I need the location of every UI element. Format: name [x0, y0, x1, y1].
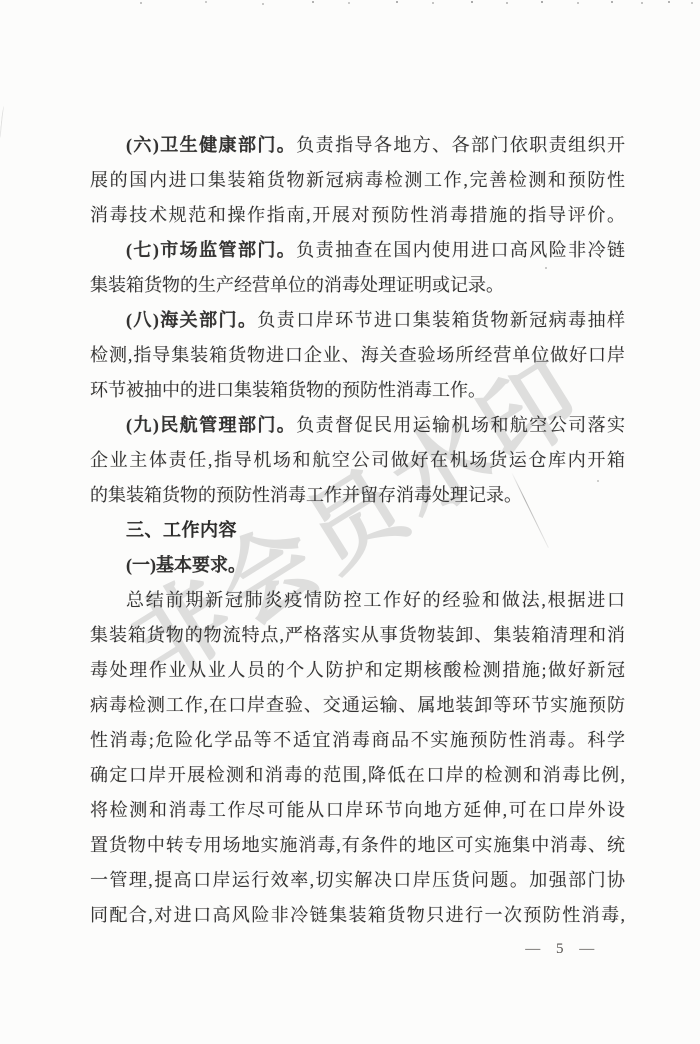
line-text: 毒处理作业从业人员的个人防护和定期核酸检测措施;做好新冠: [90, 660, 625, 680]
line-bold-text: (一)基本要求。: [126, 555, 246, 575]
line-text: 将检测和消毒工作尽可能从口岸环节向地方延伸,可在口岸外设: [90, 800, 625, 820]
text-line: 病毒检测工作,在口岸查验、交通运输、属地装卸等环节实施预防: [90, 688, 625, 723]
line-text: 展的国内进口集装箱货物新冠病毒检测工作,完善检测和预防性: [90, 170, 625, 190]
scan-noise: [0, 0, 2, 2]
scan-speck: [597, 480, 599, 482]
line-bold-text: (八)海关部门。: [126, 310, 257, 330]
line-text: 负责抽查在国内使用进口高风险非冷链: [296, 240, 625, 260]
scan-speck: [545, 267, 547, 269]
text-line: 置货物中转专用场地实施消毒,有条件的地区可实施集中消毒、统: [90, 828, 625, 863]
line-text: 同配合,对进口高风险非冷链集装箱货物只进行一次预防性消毒,: [90, 905, 625, 925]
line-text: 一管理,提高口岸运行效率,切实解决口岸压货问题。加强部门协: [90, 870, 625, 890]
line-text: 的集装箱货物的预防性消毒工作并留存消毒处理记录。: [90, 485, 522, 505]
text-line: 性消毒;危险化学品等不适宜消毒商品不实施预防性消毒。科学: [90, 723, 625, 758]
line-text: 企业主体责任,指导机场和航空公司做好在机场货运仓库内开箱: [90, 450, 625, 470]
line-text: 负责指导各地方、各部门依职责组织开: [296, 135, 625, 155]
line-text: 集装箱货物的物流特点,严格落实从事货物装卸、集装箱清理和消: [90, 625, 625, 645]
text-line: 毒处理作业从业人员的个人防护和定期核酸检测措施;做好新冠: [90, 653, 625, 688]
text-line: 环节被抽中的进口集装箱货物的预防性消毒工作。: [90, 373, 625, 408]
page-number: — 5 —: [505, 941, 615, 958]
line-bold-text: (九)民航管理部门。: [126, 415, 296, 435]
text-line: 集装箱货物的生产经营单位的消毒处理证明或记录。: [90, 268, 625, 303]
text-line: 集装箱货物的物流特点,严格落实从事货物装卸、集装箱清理和消: [90, 618, 625, 653]
text-line: 同配合,对进口高风险非冷链集装箱货物只进行一次预防性消毒,: [90, 898, 625, 933]
text-line: 展的国内进口集装箱货物新冠病毒检测工作,完善检测和预防性: [90, 163, 625, 198]
text-line: 将检测和消毒工作尽可能从口岸环节向地方延伸,可在口岸外设: [90, 793, 625, 828]
line-text: 检测,指导集装箱货物进口企业、海关查验场所经营单位做好口岸: [90, 345, 625, 365]
line-bold-text: 三、工作内容: [126, 520, 237, 540]
text-line: 企业主体责任,指导机场和航空公司做好在机场货运仓库内开箱: [90, 443, 625, 478]
line-text: 负责督促民用运输机场和航空公司落实: [296, 415, 625, 435]
text-line: (八)海关部门。负责口岸环节进口集装箱货物新冠病毒抽样: [90, 303, 625, 338]
text-line: (九)民航管理部门。负责督促民用运输机场和航空公司落实: [90, 408, 625, 443]
text-line: 消毒技术规范和操作指南,开展对预防性消毒措施的指导评价。: [90, 198, 625, 233]
subsection-heading: (一)基本要求。: [90, 548, 625, 583]
line-text: 性消毒;危险化学品等不适宜消毒商品不实施预防性消毒。科学: [90, 730, 625, 750]
line-text: 集装箱货物的生产经营单位的消毒处理证明或记录。: [90, 275, 504, 295]
line-text: 环节被抽中的进口集装箱货物的预防性消毒工作。: [90, 380, 486, 400]
text-line: 检测,指导集装箱货物进口企业、海关查验场所经营单位做好口岸: [90, 338, 625, 373]
line-text: 消毒技术规范和操作指南,开展对预防性消毒措施的指导评价。: [90, 205, 625, 225]
text-line: 确定口岸开展检测和消毒的范围,降低在口岸的检测和消毒比例,: [90, 758, 625, 793]
text-line: (六)卫生健康部门。负责指导各地方、各部门依职责组织开: [90, 128, 625, 163]
text-line: (七)市场监管部门。负责抽查在国内使用进口高风险非冷链: [90, 233, 625, 268]
line-text: 总结前期新冠肺炎疫情防控工作好的经验和做法,根据进口: [126, 590, 625, 610]
text-line: 一管理,提高口岸运行效率,切实解决口岸压货问题。加强部门协: [90, 863, 625, 898]
text-line: 总结前期新冠肺炎疫情防控工作好的经验和做法,根据进口: [90, 583, 625, 618]
text-line: 的集装箱货物的预防性消毒工作并留存消毒处理记录。: [90, 478, 625, 513]
line-bold-text: (七)市场监管部门。: [126, 240, 296, 260]
line-text: 负责口岸环节进口集装箱货物新冠病毒抽样: [257, 310, 625, 330]
line-text: 病毒检测工作,在口岸查验、交通运输、属地装卸等环节实施预防: [90, 695, 625, 715]
line-text: 确定口岸开展检测和消毒的范围,降低在口岸的检测和消毒比例,: [90, 765, 625, 785]
line-text: 置货物中转专用场地实施消毒,有条件的地区可实施集中消毒、统: [90, 835, 625, 855]
line-bold-text: (六)卫生健康部门。: [126, 135, 296, 155]
document-body: (六)卫生健康部门。负责指导各地方、各部门依职责组织开 展的国内进口集装箱货物新…: [90, 128, 625, 933]
